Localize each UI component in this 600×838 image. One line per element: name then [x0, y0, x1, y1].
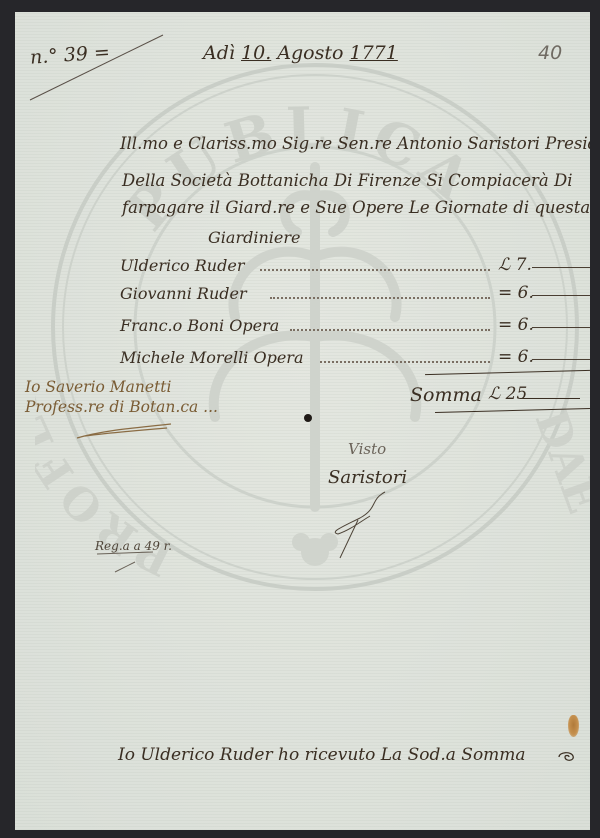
total-label: Somma: [410, 384, 482, 406]
date-prefix: Adì: [203, 42, 235, 64]
leader-dots: [320, 361, 490, 363]
entry-amount: ℒ 7.: [498, 255, 532, 275]
entry-name: Ulderico Ruder: [120, 256, 244, 275]
entry-dash: [532, 267, 590, 268]
leader-dots: [270, 297, 490, 299]
total-rule-top: [425, 370, 590, 375]
date-line: Adì 10. Agosto 1771: [203, 42, 398, 64]
entry-name: Franc.o Boni Opera: [120, 316, 279, 335]
address-line-1: Ill.mo e Clariss.mo Sig.re Sen.re Antoni…: [120, 134, 590, 153]
signature-flourish-icon: [330, 490, 390, 560]
receipt-line: Io Ulderico Ruder ho ricevuto La Sod.a S…: [118, 745, 526, 765]
entry-dash: [532, 295, 590, 296]
visto-label: Visto: [348, 440, 386, 458]
entry-name: Michele Morelli Opera: [120, 348, 304, 367]
signer-title: Profess.re di Botan.ca ...: [25, 398, 218, 416]
entry-amount: = 6.: [498, 315, 534, 335]
svg-text:DAE: DAE: [525, 403, 590, 520]
page-number: 40: [538, 42, 562, 64]
paper-stain: [568, 715, 579, 737]
registration-underline-icon: [95, 550, 155, 574]
entry-row: Giovanni Ruder = 6.: [120, 284, 590, 306]
total-rule-bottom: [435, 408, 590, 413]
svg-text:PUBLICA: PUBLICA: [113, 94, 489, 243]
entry-row: Franc.o Boni Opera = 6.: [120, 316, 590, 338]
leader-dots: [290, 329, 490, 331]
role-heading: Giardiniere: [208, 228, 300, 247]
end-flourish-icon: [557, 750, 577, 764]
address-line-3: farpagare il Giard.re e Sue Opere Le Gio…: [122, 198, 590, 217]
entry-row: Michele Morelli Opera = 6.: [120, 348, 590, 370]
document-page: PUBLICA PROFERITA DAE n.° 39 = 40 Adì 10…: [15, 12, 590, 830]
ink-blot: [304, 414, 312, 422]
signature-flourish-icon: [75, 420, 175, 440]
entry-row: Ulderico Ruder ℒ 7.: [120, 256, 590, 278]
date-month: Agosto: [277, 42, 343, 64]
visto-signature: Saristori: [328, 467, 407, 488]
entry-amount: = 6.: [498, 347, 534, 367]
signer-name: Io Saverio Manetti: [25, 378, 171, 396]
leader-dots: [260, 269, 490, 271]
address-line-2: Della Società Bottanicha Di Firenze Si C…: [122, 171, 573, 190]
entry-name: Giovanni Ruder: [120, 284, 247, 303]
entry-dash: [532, 359, 590, 360]
date-year: 1771: [349, 42, 397, 64]
entry-dash: [532, 327, 590, 328]
total-amount: ℒ 25: [488, 384, 527, 404]
date-day: 10.: [241, 42, 271, 64]
entry-amount: = 6.: [498, 283, 534, 303]
total-dash: [520, 398, 580, 399]
